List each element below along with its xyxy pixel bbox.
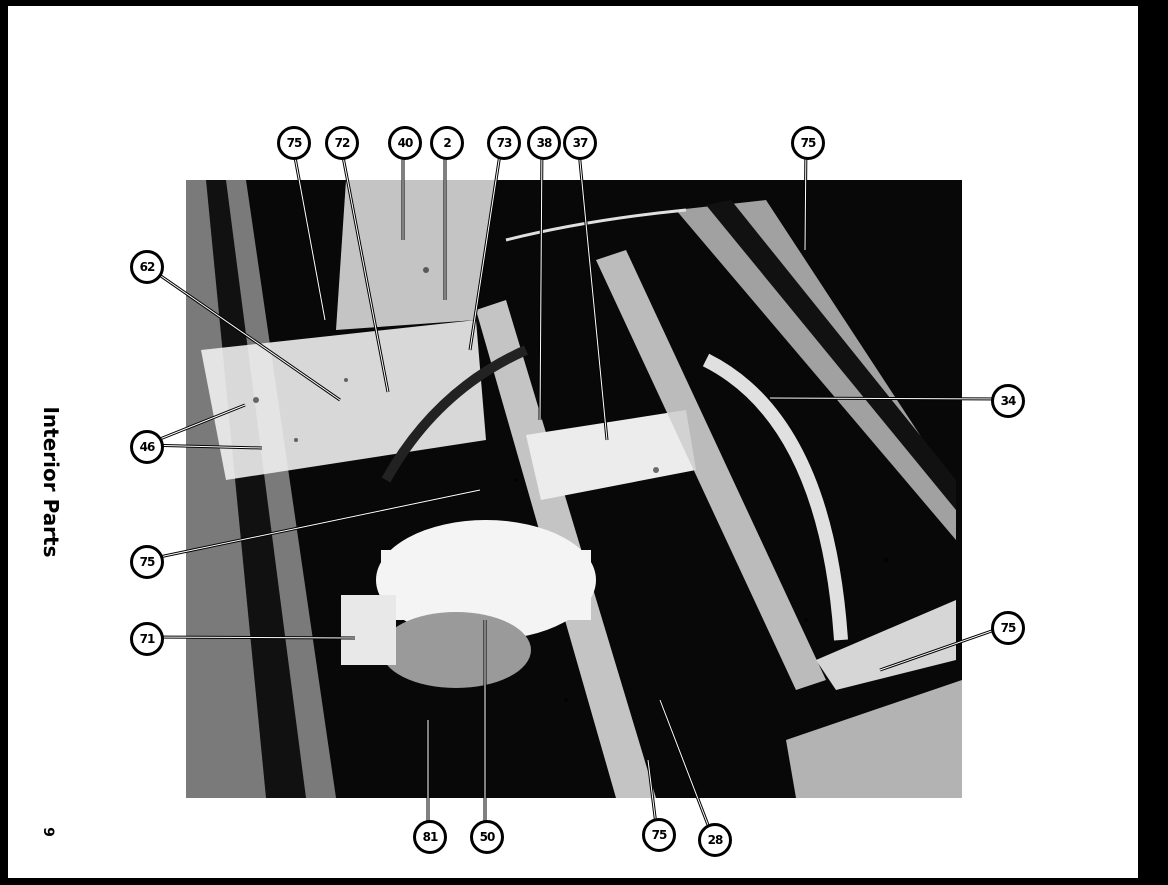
callout-81: 81: [413, 820, 447, 854]
callout-75: 75: [791, 126, 825, 160]
parts-diagram-page: 75724027338377562467571347581507528 Inte…: [0, 0, 1168, 885]
page-number: 9: [38, 822, 58, 842]
callout-75: 75: [277, 126, 311, 160]
callout-71: 71: [130, 622, 164, 656]
callout-28: 28: [698, 823, 732, 857]
callout-50: 50: [470, 820, 504, 854]
callout-38: 38: [527, 126, 561, 160]
interior-parts-photo: [186, 180, 962, 798]
callout-46: 46: [130, 430, 164, 464]
section-title: Interior Parts: [36, 412, 66, 552]
callout-72: 72: [325, 126, 359, 160]
callout-75: 75: [130, 545, 164, 579]
callout-34: 34: [991, 384, 1025, 418]
callout-62: 62: [130, 250, 164, 284]
page-number-text: 9: [40, 827, 56, 837]
callout-73: 73: [487, 126, 521, 160]
section-title-text: Interior Parts: [39, 406, 63, 557]
callout-37: 37: [563, 126, 597, 160]
callout-75: 75: [642, 818, 676, 852]
callout-2: 2: [430, 126, 464, 160]
callout-75: 75: [991, 611, 1025, 645]
callout-40: 40: [388, 126, 422, 160]
